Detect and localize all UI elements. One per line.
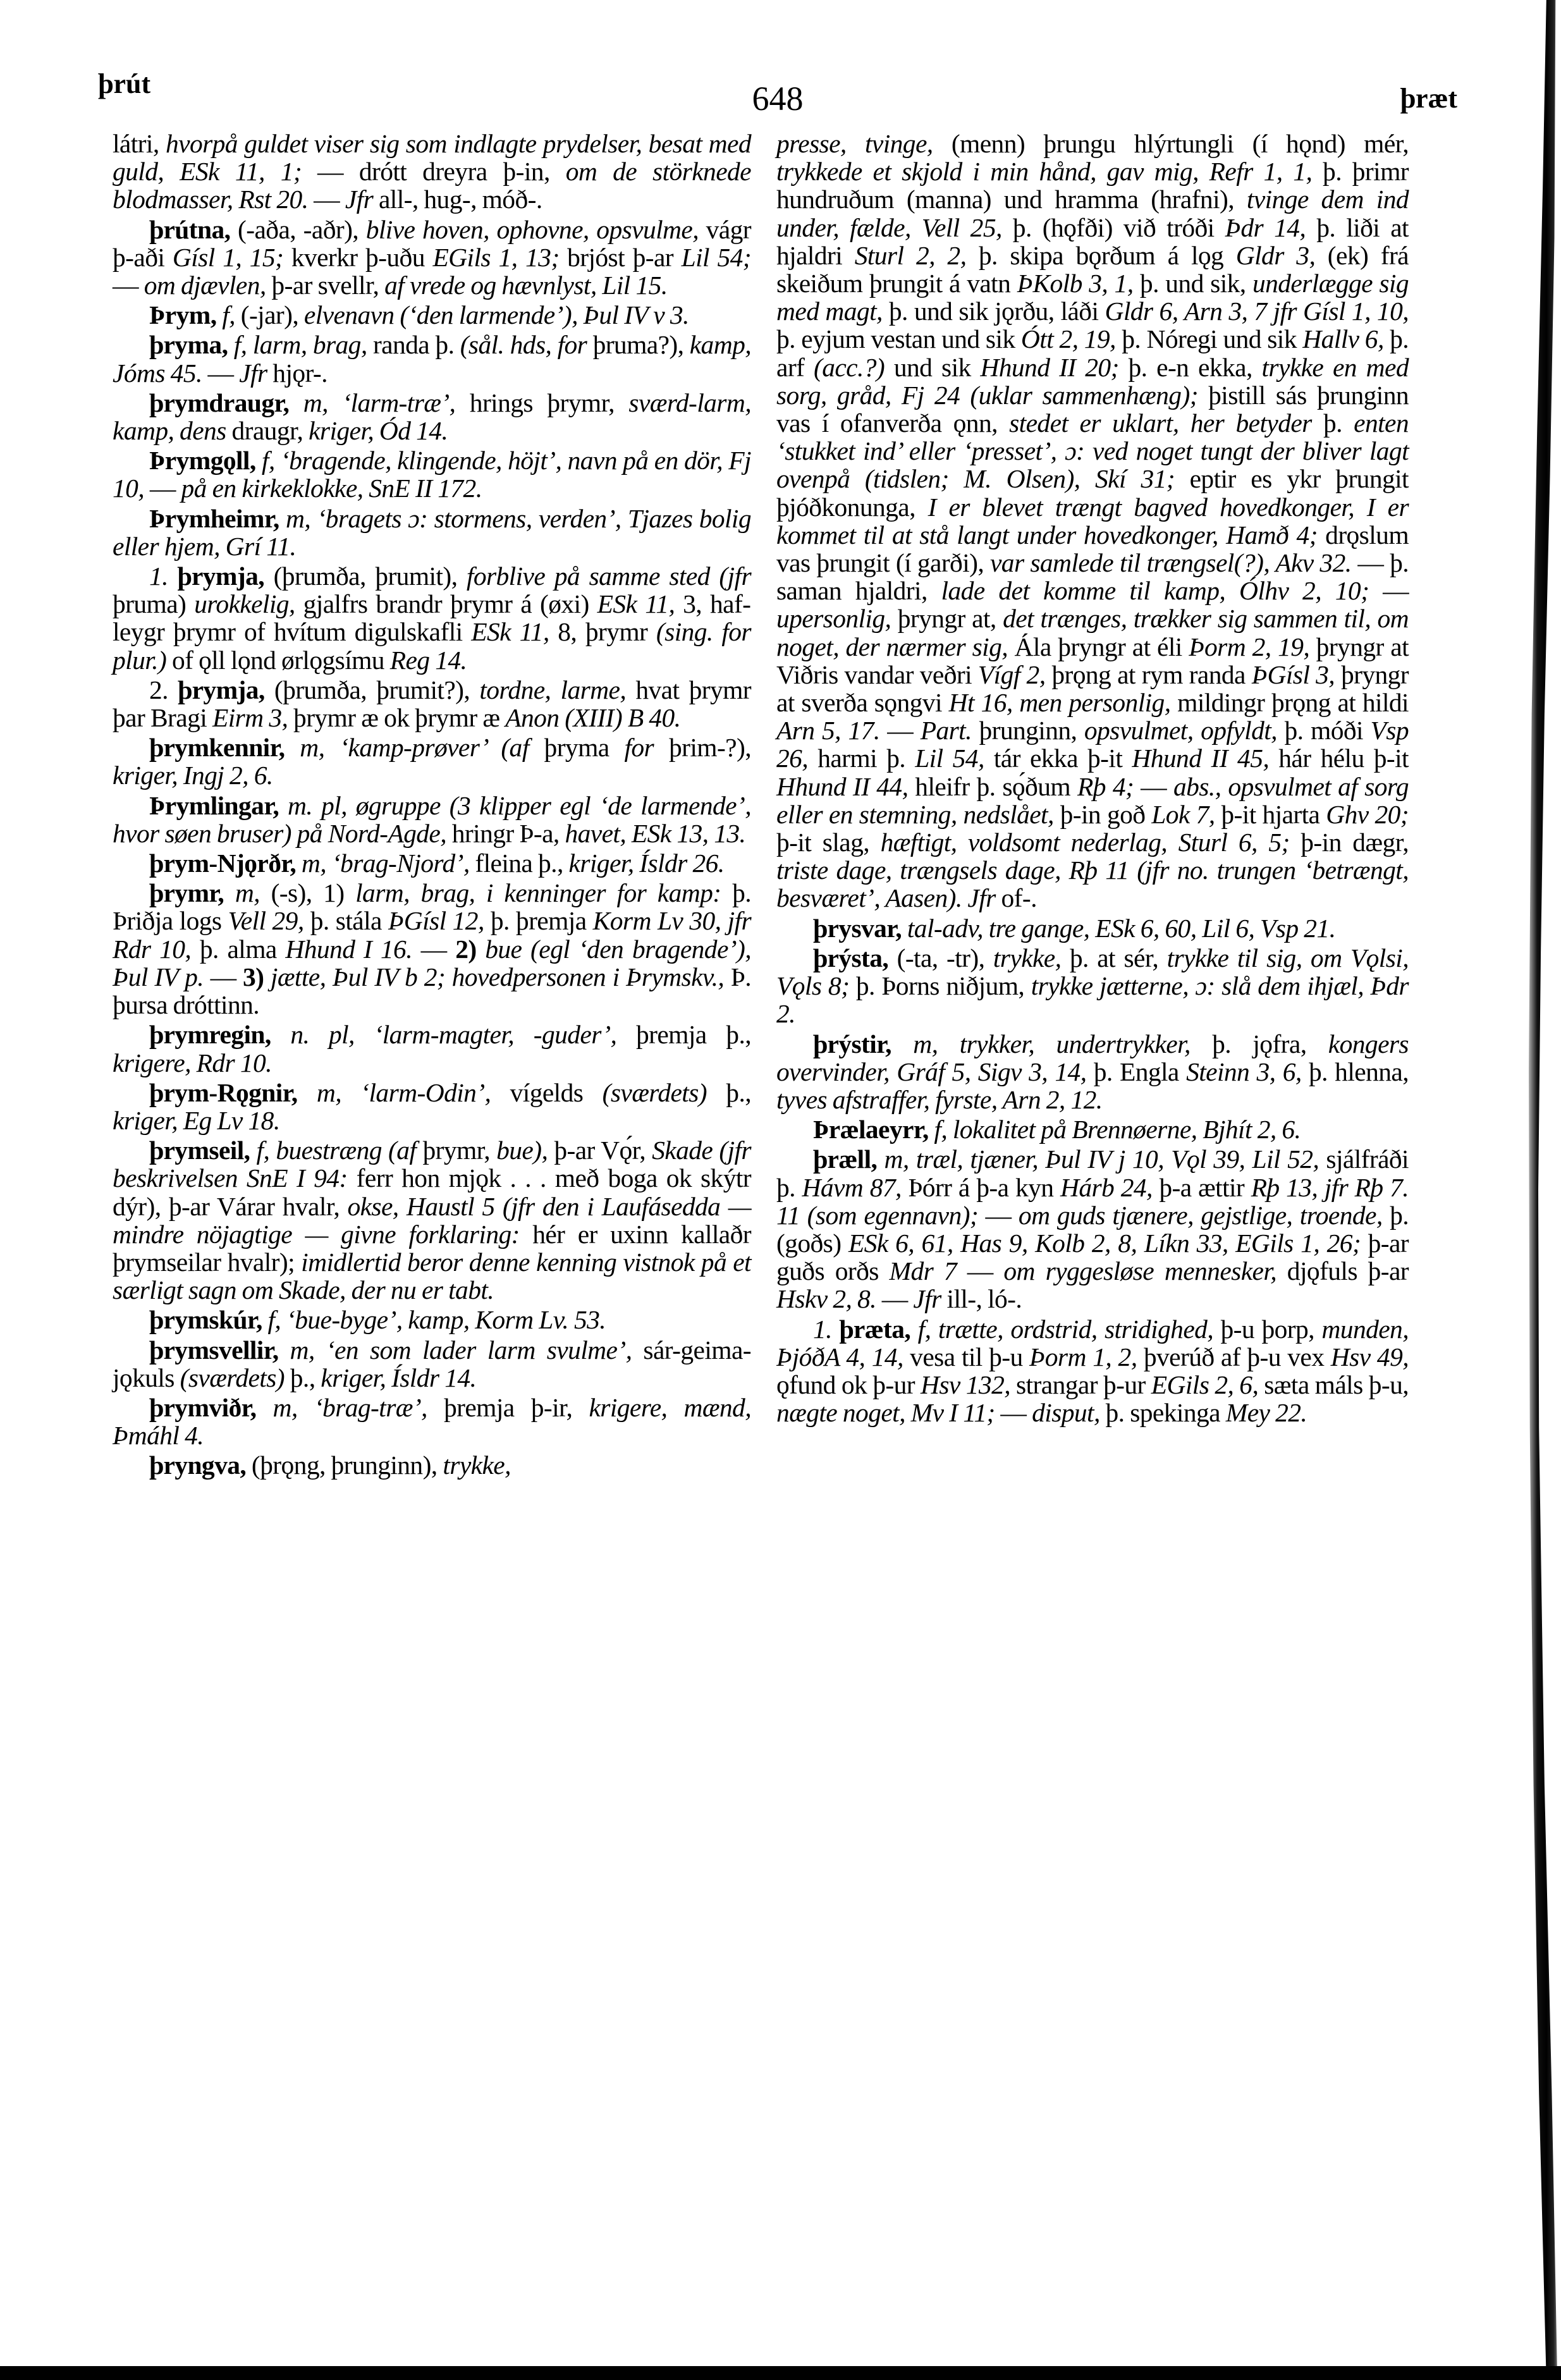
headword: Þrymlingar, [149, 791, 279, 820]
gloss-text: Hhund I 16. [285, 935, 412, 964]
citation-text: þ-ar Vǫ́r, [548, 1136, 652, 1165]
gloss-text: Steinn 3, 6, [1186, 1057, 1302, 1086]
headword: þrymkennir, [149, 733, 285, 762]
citation-text: — [978, 1201, 1019, 1230]
citation-text: þ. stála [304, 906, 388, 935]
gloss-text: ÞGísl 3, [1252, 660, 1335, 689]
dictionary-entry: þrym-Rǫgnir, m, ‘larm-Odin’, vígelds (sv… [113, 1079, 751, 1134]
headword: þrýsta, [813, 943, 888, 972]
gloss-text: (sværdets) [603, 1078, 707, 1107]
citation-text: djǫfuls þ-ar [1276, 1256, 1409, 1285]
citation-text: ǫfund ok þ-ur [776, 1370, 921, 1399]
dictionary-entry: Þrymheimr, m, ‘bragets ɔ: stormens, verd… [113, 505, 751, 560]
headword: þrýstir, [813, 1029, 891, 1058]
gloss-text: Þorm 1, 2, [1029, 1342, 1137, 1371]
citation-text: — [202, 359, 239, 388]
gloss-text: kriger, Ingj 2, 6. [113, 761, 273, 790]
headword: Þrælaeyrr, [813, 1115, 929, 1144]
gloss-text: m, ‘brag-Njord’, [296, 849, 469, 878]
citation-text: þ. jǫfra, [1191, 1029, 1328, 1058]
citation-text: þ. (hǫfði) við tróði [1002, 213, 1225, 242]
headword: þrymskúr, [149, 1305, 262, 1334]
citation-text: vígelds [491, 1078, 602, 1107]
dictionary-entry: þrysvar, tal-adv, tre gange, ESk 6, 60, … [776, 914, 1409, 942]
citation-text: — [957, 1256, 1003, 1285]
dictionary-entry: þryngva, (þrǫng, þrunginn), trykke, [113, 1451, 751, 1479]
gloss-text: Hhund II 45, [1132, 744, 1269, 773]
gloss-text: f, ‘bue-byge’, kamp, Korm Lv. 53. [262, 1305, 606, 1334]
dictionary-entry: þrymregin, n. pl, ‘larm-magter, -guder’,… [113, 1021, 751, 1076]
citation-text: þ. þremja [484, 906, 593, 935]
citation-text: þ., [285, 1363, 321, 1392]
gloss-text: Hallv 6, [1302, 324, 1383, 353]
gloss-text: på en kirke­klokke, SnE II 172. [181, 474, 482, 503]
gloss-text: Þorm 2, 19, [1189, 632, 1309, 661]
citation-text: hrings þrymr, [455, 388, 628, 417]
citation-text: ill-, ló-. [941, 1284, 1022, 1313]
dictionary-entry: látri, hvorpå guldet viser sig som ind­l… [113, 130, 751, 214]
gloss-text: m, ‘larm-træ’, [289, 388, 455, 417]
gloss-text: Vell 29, [228, 906, 304, 935]
citation-text: þ-ar svellr, [266, 271, 384, 300]
right-column: presse, tvinge, (menn) þrungu hlýrtungli… [776, 130, 1409, 1428]
citation-text: — [876, 1284, 913, 1313]
dictionary-entry: þræll, m, træl, tjæner, Þul IV j 10, Vǫl… [776, 1145, 1409, 1313]
citation-text: hár hélu þ-it [1269, 744, 1409, 773]
dictionary-entry: þrymr, m, (-s), 1) larm, brag, i ken­nin… [113, 879, 751, 1019]
gloss-text: larm, brag, i ken­ninger for kamp: [355, 878, 721, 907]
citation-text: (-aða, -aðr), [230, 215, 365, 244]
gloss-text: f, lokalitet på Brennøerne, Bjhít 2, 6. [929, 1115, 1301, 1144]
gloss-text: om djævlen, [144, 271, 266, 300]
gloss-text: upersonlig, [776, 604, 891, 633]
gloss-text: presse, tvinge, [776, 129, 933, 158]
gloss-text: Lok 7, [1151, 800, 1215, 829]
gloss-text: Lil 54; [682, 243, 751, 272]
citation-text: þruma) [113, 589, 194, 618]
headword: þrymsvellir, [149, 1335, 279, 1365]
headword: þrym-Rǫgnir, [149, 1078, 298, 1107]
citation-text: látri, [113, 129, 166, 158]
citation-text: gjalfrs brandr þrymr á (øxi) [295, 589, 597, 618]
dictionary-entry: þrym-Njǫrðr, m, ‘brag-Njord’, fleina þ.,… [113, 849, 751, 877]
headword: þrymja, [178, 675, 265, 704]
gloss-text: f, [216, 300, 235, 329]
citation-text: þ. móði [1277, 716, 1371, 745]
dictionary-entry: þrýstir, m, trykker, undertrykker, þ. jǫ… [776, 1030, 1409, 1114]
gloss-text: opsvulmet, opfyldt, [1084, 716, 1277, 745]
gloss-text: m, trykker, undertrykker, [891, 1029, 1191, 1058]
citation-text: þ. und sik jǫrðu, láði [883, 297, 1105, 326]
citation-text: (þrumða, þrumit?), [265, 675, 480, 704]
gloss-text: Rþ 4; [1077, 772, 1134, 801]
citation-text: (þrumða, þrumit), [264, 561, 467, 591]
citation-text: þ. Þorns niðjum, [849, 971, 1031, 1000]
gloss-text: havet, ESk 13, 13. [565, 819, 745, 848]
gloss-text: f, larm, brag, [228, 330, 367, 359]
citation-text: þ-it slag, [776, 828, 881, 857]
citation-text: Þórr á þ-a kyn [902, 1173, 1060, 1202]
citation-text: 2. [149, 675, 178, 704]
dictionary-entry: 1. þræta, f, trætte, ordstrid, stridighe… [776, 1315, 1409, 1427]
scan-edge-shadow [1524, 0, 1561, 2380]
gloss-text: for [624, 733, 654, 762]
gloss-text: Jfr [345, 185, 373, 214]
citation-text: harmi þ. [808, 744, 915, 773]
headword: þrymseil, [149, 1136, 250, 1165]
dictionary-entry: þrýsta, (-ta, -tr), trykke, þ. at sér, t… [776, 944, 1409, 1028]
gloss-text: trykkede et skjold i min hånd, gav mig, … [776, 157, 1312, 186]
gloss-text: m, [224, 878, 260, 907]
gloss-text: krigere, Rdr 10. [113, 1048, 272, 1077]
gloss-text: Hávm 87, [802, 1173, 901, 1202]
gloss-text: blive hoven, ophovne, opsvulme, [366, 215, 699, 244]
gloss-text: lade det komme til kamp, Ólhv 2, 10; [941, 576, 1369, 605]
dictionary-entry: þrymkennir, m, ‘kamp-prøver’ (af þryma f… [113, 733, 751, 789]
citation-text: sæta máls þ-u, [1258, 1370, 1409, 1399]
gloss-text: (sværdets) [180, 1363, 285, 1392]
citation-text: of ǫll lǫnd ørlǫgsímu [166, 646, 390, 675]
dictionary-entry: 2. þrymja, (þrumða, þrumit?), tordne, la… [113, 676, 751, 732]
gloss-text: n. pl, ‘larm-magter, -guder’, [271, 1020, 617, 1049]
headword: þræta, [839, 1315, 910, 1344]
citation-text: — [1134, 772, 1173, 801]
gloss-text: Part. [921, 716, 972, 745]
citation-text: þruma?), [587, 330, 690, 359]
gloss-text: kriger, Ísldr 26. [569, 849, 725, 878]
gloss-text: elvenavn (‘den larmen­de’), Þul IV v 3. [304, 300, 689, 329]
headword: þrymr, [149, 878, 224, 907]
dictionary-entry: þrútna, (-aða, -aðr), blive hoven, ophov… [113, 216, 751, 300]
citation-text: — drótt dreyra þ-in, [302, 157, 566, 186]
citation-text: þrǫng at rym randa [1045, 660, 1251, 689]
gloss-text: om ryggesløse mennesker, [1003, 1256, 1276, 1285]
citation-text: — [412, 935, 455, 964]
gloss-text: Mdr 7 [890, 1256, 957, 1285]
gloss-text: stedet er uklart, her be­tyder [1009, 408, 1312, 438]
gloss-text: kriger, Ísldr 14. [321, 1363, 476, 1392]
gloss-text: tal-adv, tre gange, ESk 6, 60, Lil 6, Vs… [902, 914, 1335, 943]
dictionary-entry: presse, tvinge, (menn) þrungu hlýrtungli… [776, 130, 1409, 912]
gloss-text: ÞGísl 12, [388, 906, 484, 935]
citation-text: — [144, 474, 181, 503]
citation-text: — [995, 1398, 1032, 1427]
citation-text: hjǫr-. [267, 359, 328, 388]
gloss-text: Mey 22. [1226, 1398, 1307, 1427]
gloss-text: tyves af­straffer, fyrste, Arn 2, 12. [776, 1085, 1103, 1114]
gloss-text: Reg 14. [390, 646, 467, 675]
citation-text: þ-in dægr, [1290, 828, 1409, 857]
citation-text: þ. Engla [1086, 1057, 1186, 1086]
headword: þrym-Njǫrðr, [149, 849, 296, 878]
gloss-text: bue), [496, 1136, 548, 1165]
gloss-text: Lil 54, [915, 744, 984, 773]
dictionary-entry: 1. þrymja, (þrumða, þrumit), forblive på… [113, 562, 751, 674]
citation-text: (-s), 1) [260, 878, 355, 907]
gloss-text: Hárb 24, [1060, 1173, 1153, 1202]
dictionary-entry: Þrymlingar, m. pl, øgruppe (3 klipper eg… [113, 792, 751, 847]
headword: 3) [243, 962, 264, 991]
citation-text: þ. e-n ekka, [1119, 353, 1262, 382]
right-guideword: þræt [1400, 82, 1457, 114]
citation-text: fleina þ., [470, 849, 569, 878]
citation-text: Ála þryngr at éli [1008, 632, 1189, 661]
citation-text: þremja þ-ir, [427, 1393, 589, 1422]
headword: þrysvar, [813, 914, 902, 943]
citation-text: þrymr, [416, 1136, 496, 1165]
headword: þryngva, [149, 1451, 246, 1480]
citation-text: þ. at sér, [1061, 943, 1166, 972]
gloss-text: m, ‘larm-Odin’, [298, 1078, 491, 1107]
gloss-text: Jfr [239, 359, 267, 388]
headword: Þrym, [149, 300, 216, 329]
citation-text: (-jar), [235, 300, 304, 329]
gloss-text: trykke, [993, 943, 1062, 972]
dictionary-entry: Þrymgǫll, f, ‘bragende, klingende, höjt’… [113, 446, 751, 502]
headword: þrymja, [177, 561, 264, 591]
gloss-text: Vígf 2, [978, 660, 1046, 689]
gloss-text: Gldr 6, Arn 3, 7 jfr Gísl 1, 10, [1105, 297, 1409, 326]
headword: Þrymheimr, [149, 504, 279, 533]
citation-text: þ. spekinga [1100, 1398, 1226, 1427]
citation-text: 8, þrymr [549, 617, 656, 646]
citation-text: randa þ. [367, 330, 460, 359]
gloss-text: 1. [813, 1315, 839, 1344]
gloss-text: om guds tjænere, gejstlige, troende, [1019, 1201, 1383, 1230]
gloss-text: nægte noget, Mv I 11; [776, 1398, 995, 1427]
gloss-text: Hsv 49, [1331, 1342, 1409, 1371]
citation-text: of-. [996, 883, 1037, 912]
citation-text: þ. Nóregi und sik [1116, 324, 1302, 353]
citation-text: — [308, 185, 345, 214]
gloss-text: ESk 11, [597, 589, 675, 618]
scan-bottom-edge [0, 2366, 1561, 2380]
citation-text: mildingr þrǫng at hildi [1170, 688, 1409, 717]
headword: þrymdraugr, [149, 388, 289, 417]
dictionary-entry: Þrælaeyrr, f, lokalitet på Brennøerne, B… [776, 1115, 1409, 1143]
gloss-text: Hhund II 44, [776, 772, 908, 801]
dictionary-entry: þryma, f, larm, brag, randa þ. (sål. hds… [113, 331, 751, 386]
gloss-text: kriger, Ód 14. [309, 416, 448, 445]
gloss-text: (sål. hds, for [460, 330, 587, 359]
gloss-text: EGils 1, 13; [432, 243, 559, 272]
citation-text: þ-u þorp, [1213, 1315, 1321, 1344]
headword: þrymviðr, [149, 1393, 256, 1422]
gloss-text: Gldr 3, [1236, 241, 1315, 270]
citation-text: þ-it hjarta [1215, 800, 1326, 829]
gloss-text: Ótt 2, 19, [1021, 324, 1116, 353]
headword: þrútna, [149, 215, 230, 244]
citation-text: (þrǫng, þrunginn), [246, 1451, 443, 1480]
citation-text: hleifr þ. sǫ́ðum [908, 772, 1077, 801]
gloss-text: m, ‘kamp-prøver’ (af [285, 733, 529, 762]
gloss-text: ESk 6, 61, Has 9, Kolb 2, 8, Líkn 33, EG… [848, 1229, 1361, 1258]
page-header: þrút 648 þræt [98, 60, 1457, 111]
citation-text: brjóst þ-ar [560, 243, 682, 272]
gloss-text: jætte, Þul IV b 2; hovedpersonen i Þryms… [264, 962, 724, 991]
gloss-text: m, ‘brag-træ’, [256, 1393, 427, 1422]
headword: þryma, [149, 330, 228, 359]
dictionary-entry: þrymseil, f, buestræng (af þrymr, bue), … [113, 1136, 751, 1304]
citation-text: strangar þ-ur [1010, 1370, 1151, 1399]
citation-text: þrunginn, [972, 716, 1084, 745]
gloss-text: (acc.?) [814, 353, 885, 382]
gloss-text: af vrede og hævnlyst, Lil 15. [384, 271, 668, 300]
gloss-text: forblive på samme sted (jfr [467, 561, 751, 591]
dictionary-entry: þrymviðr, m, ‘brag-træ’, þremja þ-ir, kr… [113, 1394, 751, 1449]
headword: 2) [455, 935, 476, 964]
gloss-text: Þdr 14, [1225, 213, 1306, 242]
citation-text: þ. skipa bǫrðum á lǫg [966, 241, 1235, 270]
gloss-text: hæftigt, voldsomt nederlag, Sturl 6, 5; [881, 828, 1290, 857]
dictionary-entry: þrymskúr, f, ‘bue-byge’, kamp, Korm Lv. … [113, 1306, 751, 1334]
gloss-text: f, trætte, ordstrid, stridighed, [910, 1315, 1213, 1344]
citation-text: þrymr æ ok þrymr æ [288, 703, 505, 732]
gloss-text: Arn 5, 17. [776, 716, 880, 745]
gloss-text: 1. [149, 561, 177, 591]
citation-text: þ. alma [191, 935, 285, 964]
citation-text: þ. hlenna, [1302, 1057, 1409, 1086]
citation-text: hringr Þ-a, [446, 819, 565, 848]
citation-text: þryngr at, [891, 604, 1003, 633]
citation-text: draugr, [226, 416, 309, 445]
gloss-text: Hhund II 20; [980, 353, 1118, 382]
citation-text: þrim-?), [654, 733, 751, 762]
gloss-text: Hskv 2, 8. [776, 1284, 876, 1313]
gloss-text: ÞKolb 3, 1, [1017, 269, 1134, 298]
citation-text: — [113, 271, 144, 300]
citation-text: kverkr þ-uðu [283, 243, 432, 272]
citation-text: þ. eyjum vestan und sik [776, 324, 1021, 353]
gloss-text: urokkelig, [194, 589, 295, 618]
gloss-text: Ghv 20; [1326, 800, 1409, 829]
citation-text: — [204, 962, 243, 991]
headword: þræll, [813, 1144, 877, 1174]
gloss-text: triste dage, træng­sels dage, Rþ 11 (jfr… [776, 856, 1409, 912]
citation-text: — [1369, 576, 1409, 605]
gloss-text: Ht 16, men per­sonlig, [949, 688, 1171, 717]
citation-text: þ-a ættir [1153, 1173, 1251, 1202]
citation-text: þryma [529, 733, 625, 762]
citation-text: vesa til þ-u [903, 1342, 1029, 1371]
dictionary-entry: Þrym, f, (-jar), elvenavn (‘den larmen­d… [113, 301, 751, 329]
gloss-text: EGils 2, 6, [1151, 1370, 1258, 1399]
gloss-text: var sam­lede til trængsel(?), Akv 32. [990, 548, 1352, 577]
headword: þrymregin, [149, 1020, 271, 1049]
gloss-text: f, buestræng (af [250, 1136, 416, 1165]
left-column: látri, hvorpå guldet viser sig som ind­l… [113, 130, 751, 1481]
dictionary-entry: þrymdraugr, m, ‘larm-træ’, hrings þrymr,… [113, 389, 751, 445]
gloss-text: m, ‘en som lader larm svulme’, [279, 1335, 632, 1365]
gloss-text: kriger, Eg Lv 18. [113, 1106, 280, 1135]
gloss-text: m, træl, tjæner, Þul IV j 10, Vǫl 39, Li… [877, 1144, 1319, 1174]
dictionary-entry: þrymsvellir, m, ‘en som lader larm svulm… [113, 1336, 751, 1392]
citation-text: þverúð af þ-u vex [1137, 1342, 1330, 1371]
citation-text: (-ta, -tr), [888, 943, 993, 972]
citation-text: þ. und sik, [1133, 269, 1252, 298]
headword: Þrymgǫll, [149, 446, 256, 475]
citation-text: all-, hug-, móð-. [373, 185, 542, 214]
gloss-text: Eirm 3, [212, 703, 288, 732]
citation-text: tár ekka þ-it [984, 744, 1132, 773]
citation-text: (menn) þrungu hlýrtungli (í hǫnd) mér, [933, 129, 1409, 158]
citation-text: — [880, 716, 921, 745]
gloss-text: ESk 11, [471, 617, 549, 646]
gloss-text: Sturl 2, 2, [855, 241, 967, 270]
gloss-text: disput, [1032, 1398, 1100, 1427]
citation-text: þ-in goð [1054, 800, 1152, 829]
citation-text: þ., [707, 1078, 751, 1107]
citation-text: þremja þ., [616, 1020, 751, 1049]
gloss-text: Gísl 1, 15; [173, 243, 283, 272]
gloss-text: Anon (XIII) B 40. [505, 703, 680, 732]
gloss-text: trykke, [443, 1451, 511, 1480]
page-number: 648 [98, 79, 1457, 118]
gloss-text: tordne, larme, [479, 675, 626, 704]
gloss-text: Jfr [913, 1284, 941, 1313]
citation-text: und sik [885, 353, 980, 382]
gloss-text: Hsv 132, [921, 1370, 1010, 1399]
citation-text: þ. [1312, 408, 1354, 438]
